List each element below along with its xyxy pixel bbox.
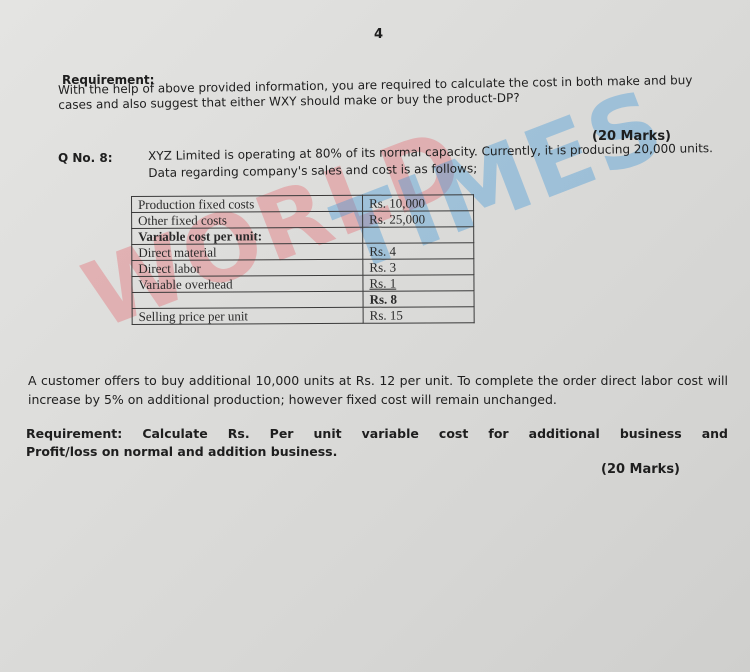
row-value-text: Rs. 10,000: [369, 195, 425, 210]
row-value-text: Rs. 4: [369, 244, 396, 259]
row-value: Rs. 3: [363, 259, 474, 276]
table-row: Variable overheadRs. 1: [132, 275, 474, 293]
question-intro: XYZ Limited is operating at 80% of its n…: [148, 140, 718, 182]
row-value-text: Rs. 3: [369, 260, 396, 275]
table-row: Direct materialRs. 4: [132, 243, 474, 261]
row-value: Rs. 1: [363, 275, 474, 292]
table-row: Variable cost per unit:: [132, 227, 474, 245]
table-row: Production fixed costsRs. 10,000: [132, 195, 474, 213]
row-value: [363, 227, 474, 244]
requirement-line-1: Requirement: Calculate Rs. Per unit vari…: [26, 425, 728, 443]
row-value: Rs. 8: [363, 291, 474, 308]
previous-requirement-text: With the help of above provided informat…: [58, 73, 718, 113]
row-value: Rs. 25,000: [363, 211, 474, 228]
row-label: Selling price per unit: [132, 307, 363, 324]
page-number: 4: [374, 27, 383, 42]
row-value-text: Rs. 25,000: [369, 211, 425, 226]
table-row: Direct laborRs. 3: [132, 259, 474, 277]
row-label: Production fixed costs: [132, 195, 363, 212]
cost-data-table: Production fixed costsRs. 10,000Other fi…: [131, 194, 475, 325]
row-value-text: Rs. 15: [370, 308, 403, 323]
table-row: Rs. 8: [132, 291, 474, 309]
row-label: Direct labor: [132, 259, 363, 276]
row-value-text: Rs. 8: [370, 292, 398, 307]
row-label: Direct material: [132, 243, 363, 260]
row-label: [132, 291, 363, 308]
row-value: Rs. 10,000: [362, 195, 473, 212]
table-row: Other fixed costsRs. 25,000: [132, 211, 474, 229]
question-requirement: Requirement: Calculate Rs. Per unit vari…: [26, 425, 728, 461]
question-number: Q No. 8:: [58, 151, 113, 165]
row-value: Rs. 15: [363, 307, 474, 324]
row-value-text: Rs. 1: [369, 276, 396, 291]
row-label: Other fixed costs: [132, 211, 363, 228]
requirement-marks: (20 Marks): [601, 462, 680, 477]
table-row: Selling price per unitRs. 15: [132, 307, 474, 325]
row-label: Variable overhead: [132, 275, 363, 292]
customer-offer-text: A customer offers to buy additional 10,0…: [28, 371, 728, 409]
row-label: Variable cost per unit:: [132, 227, 363, 244]
row-value: Rs. 4: [363, 243, 474, 260]
requirement-line-2: Profit/loss on normal and addition busin…: [26, 444, 337, 459]
